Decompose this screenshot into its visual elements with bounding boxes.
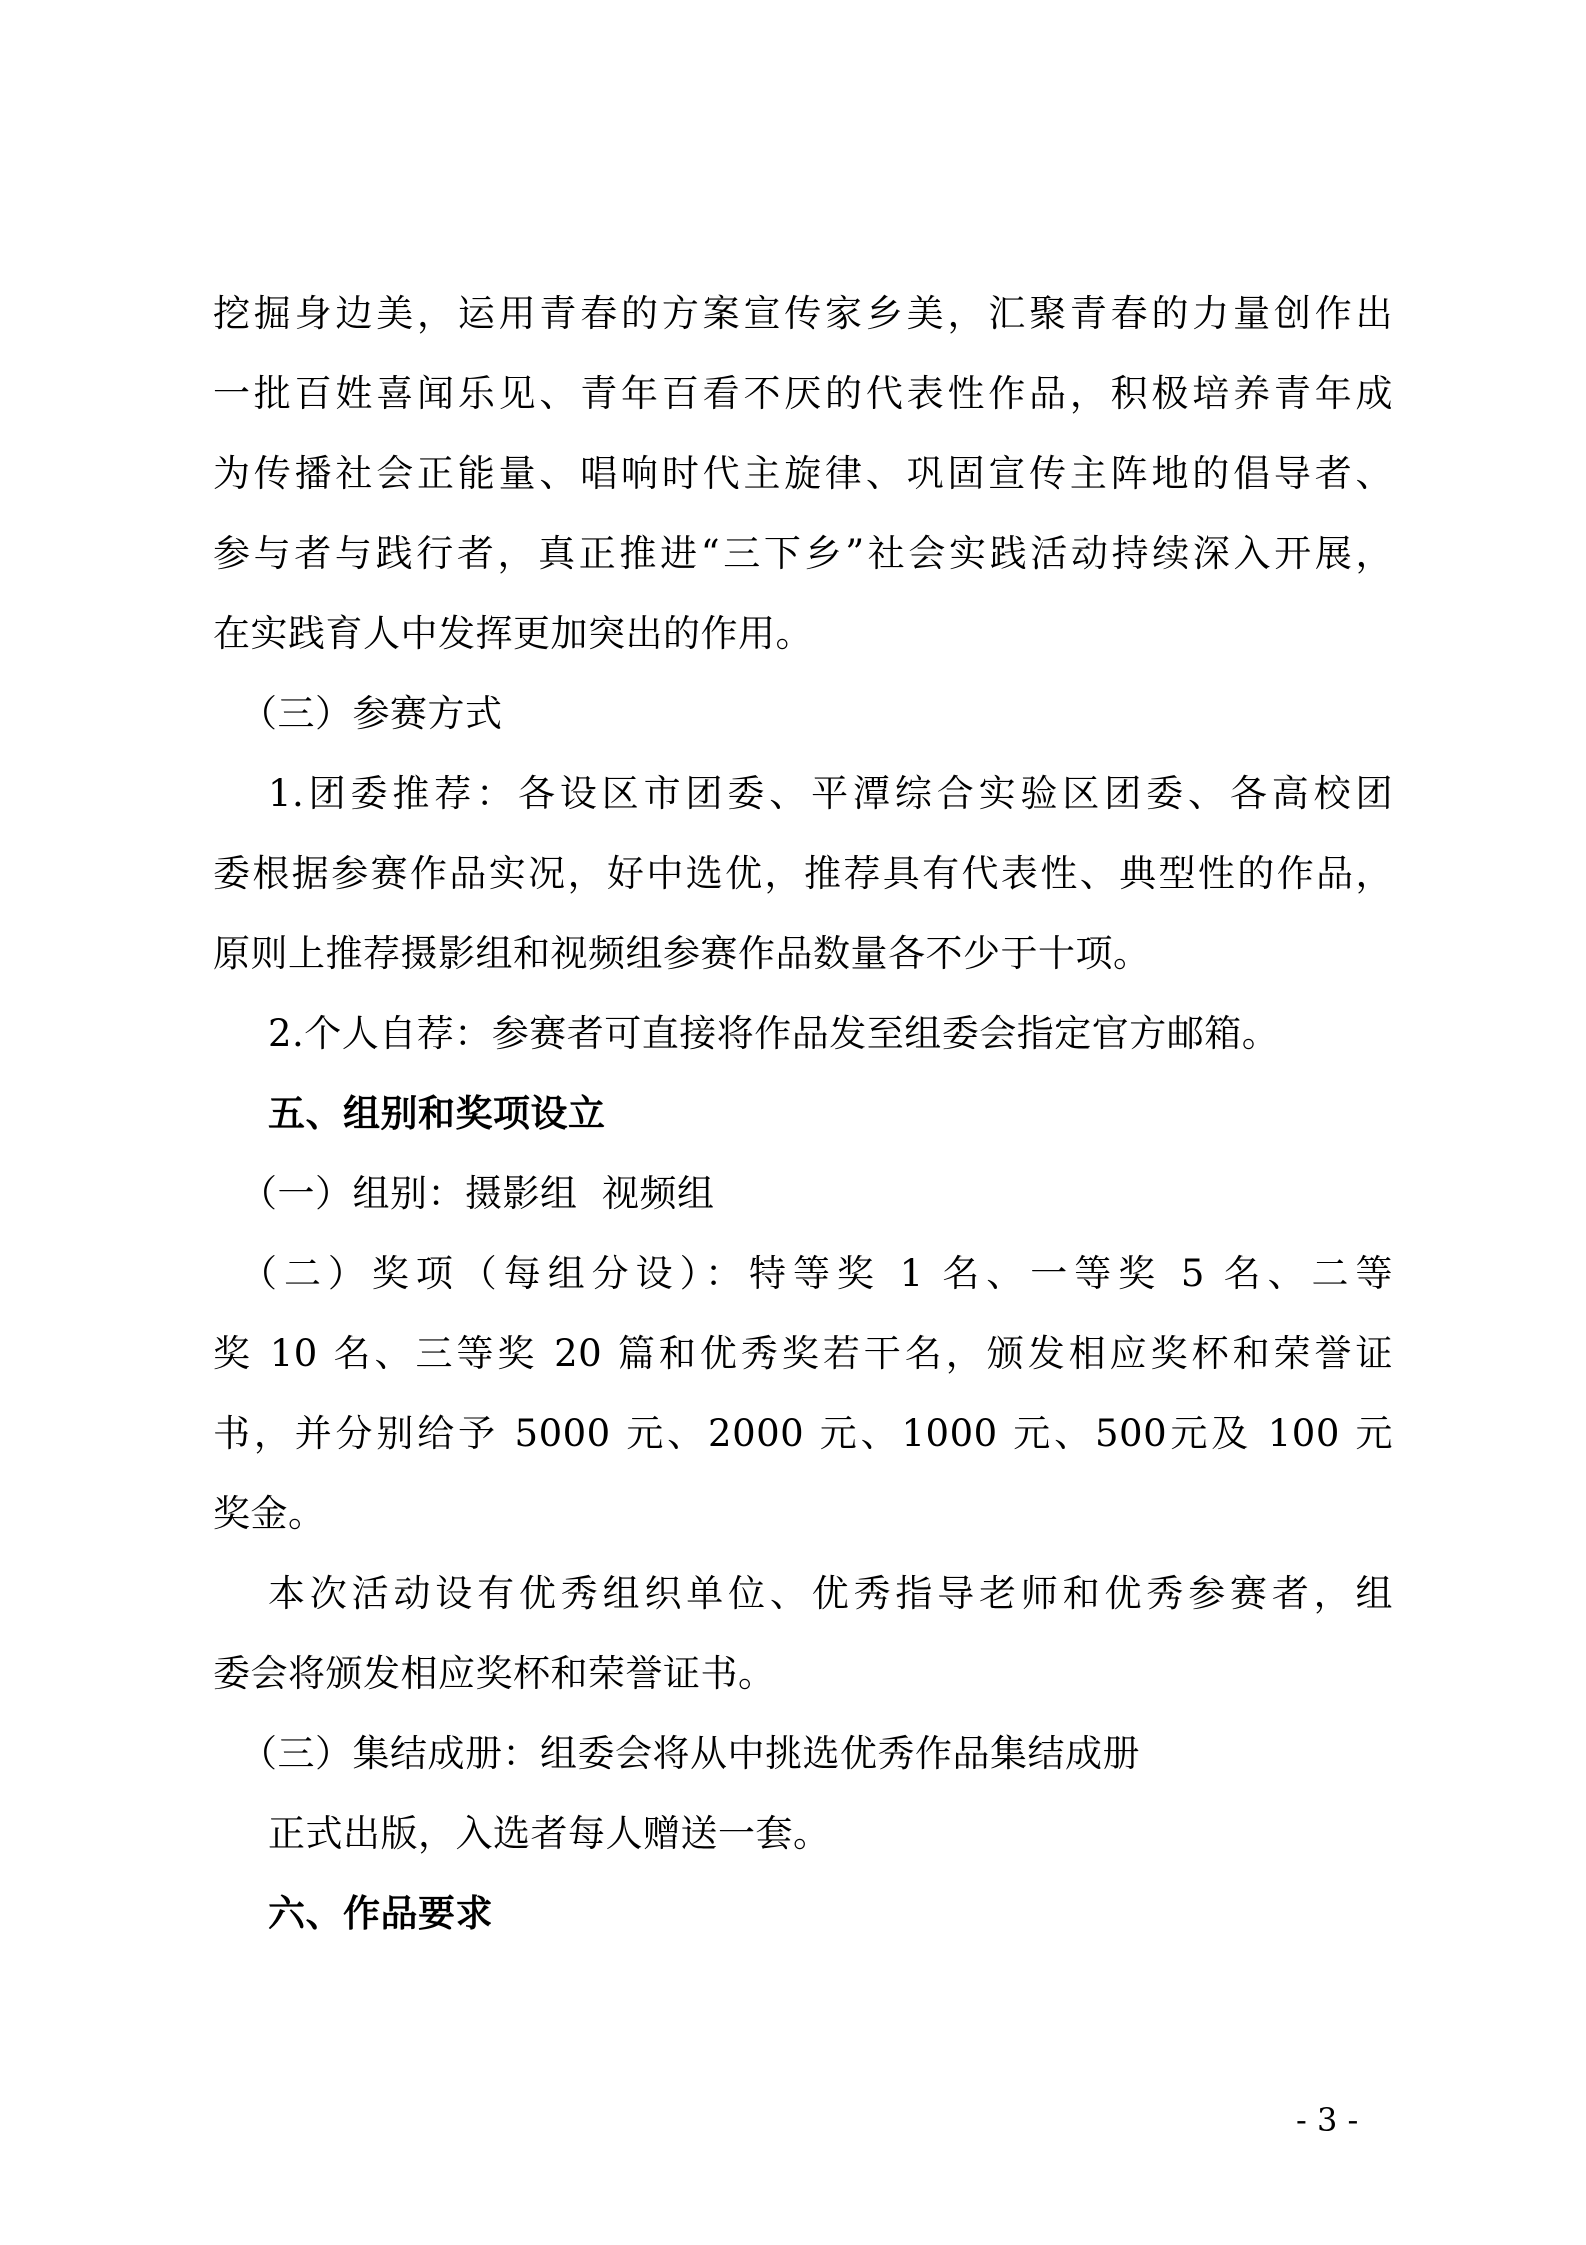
subheading-entry-method: （三）参赛方式	[240, 690, 503, 738]
awards-text-line: 书，并分别给予 5000 元、2000 元、1000 元、500元及 100 元	[213, 1410, 1393, 1458]
body-text-line: 2.个人自荐：参赛者可直接将作品发至组委会指定官方邮箱。	[268, 1010, 1279, 1058]
page-number: - 3 -	[1296, 2100, 1358, 2140]
body-text-line: 为传播社会正能量、唱响时代主旋律、巩固宣传主阵地的倡导者、	[213, 450, 1393, 498]
body-text-line: 委会将颁发相应奖杯和荣誉证书。	[213, 1650, 776, 1698]
body-text-line: 本次活动设有优秀组织单位、优秀指导老师和优秀参赛者，组	[268, 1570, 1393, 1618]
body-text-line: 一批百姓喜闻乐见、青年百看不厌的代表性作品，积极培养青年成	[213, 370, 1393, 418]
body-text-line: 原则上推荐摄影组和视频组参赛作品数量各不少于十项。	[213, 930, 1151, 978]
groups-text: （一）组别：摄影组 视频组	[240, 1170, 715, 1218]
body-text-line: 参与者与践行者，真正推进“三下乡”社会实践活动持续深入开展，	[213, 530, 1393, 578]
collection-text-line: 正式出版，入选者每人赠送一套。	[268, 1810, 831, 1858]
body-text-line: 委根据参赛作品实况，好中选优，推荐具有代表性、典型性的作品，	[213, 850, 1393, 898]
awards-text-line: 奖 10 名、三等奖 20 篇和优秀奖若干名，颁发相应奖杯和荣誉证	[213, 1330, 1393, 1378]
body-text-line: 挖掘身边美，运用青春的方案宣传家乡美，汇聚青春的力量创作出	[213, 290, 1393, 338]
awards-text-line: 奖金。	[213, 1490, 326, 1538]
body-text-line: 在实践育人中发挥更加突出的作用。	[213, 610, 813, 658]
section-heading-work-requirements: 六、作品要求	[268, 1890, 493, 1938]
collection-text-line: （三）集结成册：组委会将从中挑选优秀作品集结成册	[240, 1730, 1140, 1778]
document-page: 挖掘身边美，运用青春的方案宣传家乡美，汇聚青春的力量创作出 一批百姓喜闻乐见、青…	[0, 0, 1586, 2245]
body-text-line: 1.团委推荐：各设区市团委、平潭综合实验区团委、各高校团	[268, 770, 1393, 818]
section-heading-groups-awards: 五、组别和奖项设立	[268, 1090, 606, 1138]
awards-text-line: （二）奖项（每组分设）：特等奖 1 名、一等奖 5 名、二等	[240, 1250, 1393, 1298]
